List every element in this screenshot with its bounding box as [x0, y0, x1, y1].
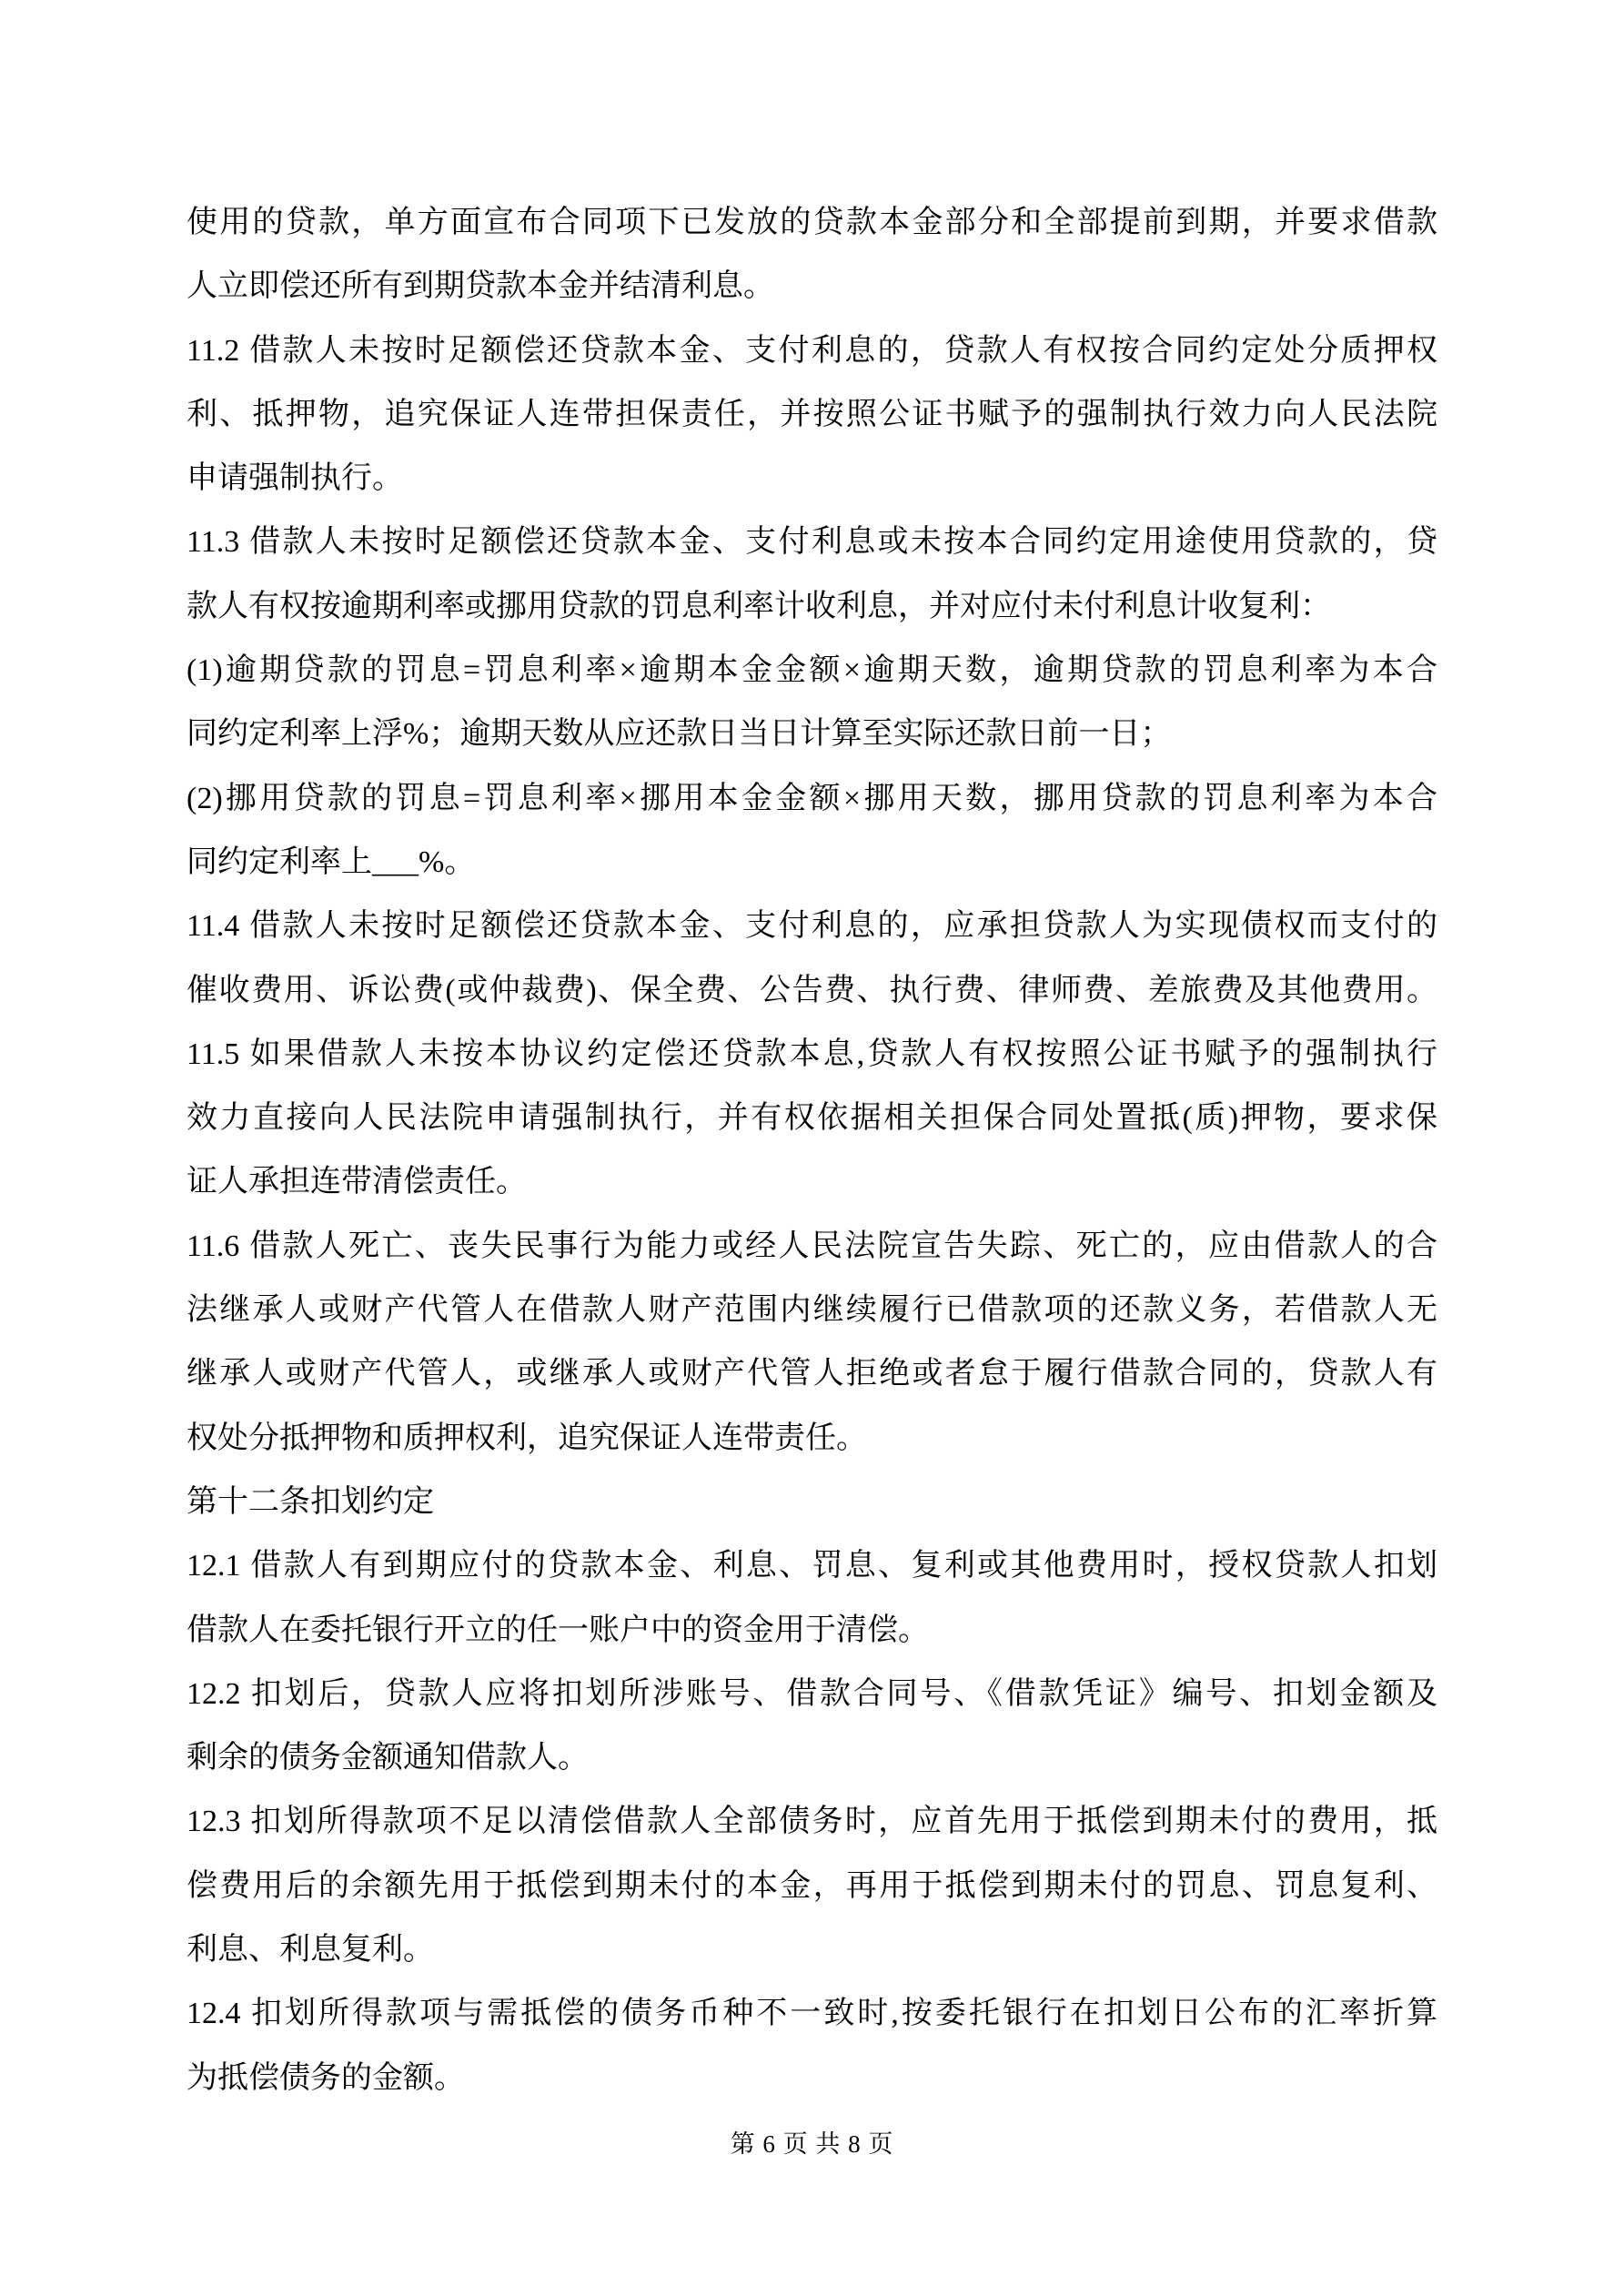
- text-line: 11.5 如果借款人未按本协议约定偿还贷款本息,贷款人有权按照公证书赋予的强制执…: [187, 1023, 1437, 1087]
- text-line: 申请强制执行。: [187, 447, 1437, 511]
- text-line: (2)挪用贷款的罚息=罚息利率×挪用本金金额×挪用天数，挪用贷款的罚息利率为本合: [187, 767, 1437, 831]
- text-line: 12.2 扣划后，贷款人应将扣划所涉账号、借款合同号、《借款凭证》编号、扣划金额…: [187, 1663, 1437, 1726]
- text-line: 12.4 扣划所得款项与需抵偿的债务币种不一致时,按委托银行在扣划日公布的汇率折…: [187, 1982, 1437, 2046]
- text-line: 利息、利息复利。: [187, 1918, 1437, 1982]
- text-line: 为抵偿债务的金额。: [187, 2047, 1437, 2110]
- text-line: 11.4 借款人未按时足额偿还贷款本金、支付利息的，应承担贷款人为实现债权而支付…: [187, 895, 1437, 958]
- text-line: 效力直接向人民法院申请强制执行，并有权依据相关担保合同处置抵(质)押物，要求保: [187, 1087, 1437, 1150]
- text-line: 11.2 借款人未按时足额偿还贷款本金、支付利息的，贷款人有权按合同约定处分质押…: [187, 319, 1437, 383]
- text-line: 权处分抵押物和质押权利，追究保证人连带责任。: [187, 1407, 1437, 1471]
- text-line: 款人有权按逾期利率或挪用贷款的罚息利率计收利息，并对应付未付利息计收复利：: [187, 575, 1437, 639]
- document-page: 使用的贷款，单方面宣布合同项下已发放的贷款本金部分和全部提前到期，并要求借款人立…: [0, 0, 1624, 2296]
- text-line: 同约定利率上___%。: [187, 831, 1437, 895]
- text-line: 使用的贷款，单方面宣布合同项下已发放的贷款本金部分和全部提前到期，并要求借款: [187, 191, 1437, 255]
- text-line: 11.6 借款人死亡、丧失民事行为能力或经人民法院宣告失踪、死亡的，应由借款人的…: [187, 1215, 1437, 1279]
- text-line: 催收费用、诉讼费(或仲裁费)、保全费、公告费、执行费、律师费、差旅费及其他费用。: [187, 959, 1437, 1023]
- document-body: 使用的贷款，单方面宣布合同项下已发放的贷款本金部分和全部提前到期，并要求借款人立…: [187, 191, 1437, 2110]
- text-line: 借款人在委托银行开立的任一账户中的资金用于清偿。: [187, 1599, 1437, 1663]
- text-line: 人立即偿还所有到期贷款本金并结清利息。: [187, 255, 1437, 319]
- text-line: 利、抵押物，追究保证人连带担保责任，并按照公证书赋予的强制执行效力向人民法院: [187, 383, 1437, 447]
- text-line: (1)逾期贷款的罚息=罚息利率×逾期本金金额×逾期天数，逾期贷款的罚息利率为本合: [187, 639, 1437, 703]
- text-line: 法继承人或财产代管人在借款人财产范围内继续履行已借款项的还款义务，若借款人无: [187, 1279, 1437, 1342]
- text-line: 继承人或财产代管人，或继承人或财产代管人拒绝或者怠于履行借款合同的，贷款人有: [187, 1342, 1437, 1406]
- text-line: 第十二条扣划约定: [187, 1471, 1437, 1534]
- text-line: 证人承担连带清偿责任。: [187, 1150, 1437, 1214]
- text-line: 偿费用后的余额先用于抵偿到期未付的本金，再用于抵偿到期未付的罚息、罚息复利、: [187, 1855, 1437, 1918]
- text-line: 12.1 借款人有到期应付的贷款本金、利息、罚息、复利或其他费用时，授权贷款人扣…: [187, 1534, 1437, 1598]
- text-line: 剩余的债务金额通知借款人。: [187, 1726, 1437, 1790]
- text-line: 12.3 扣划所得款项不足以清偿借款人全部债务时，应首先用于抵偿到期未付的费用，…: [187, 1790, 1437, 1854]
- text-line: 同约定利率上浮%；逾期天数从应还款日当日计算至实际还款日前一日；: [187, 703, 1437, 766]
- text-line: 11.3 借款人未按时足额偿还贷款本金、支付利息或未按本合同约定用途使用贷款的，…: [187, 511, 1437, 574]
- page-number-footer: 第 6 页 共 8 页: [0, 2124, 1624, 2164]
